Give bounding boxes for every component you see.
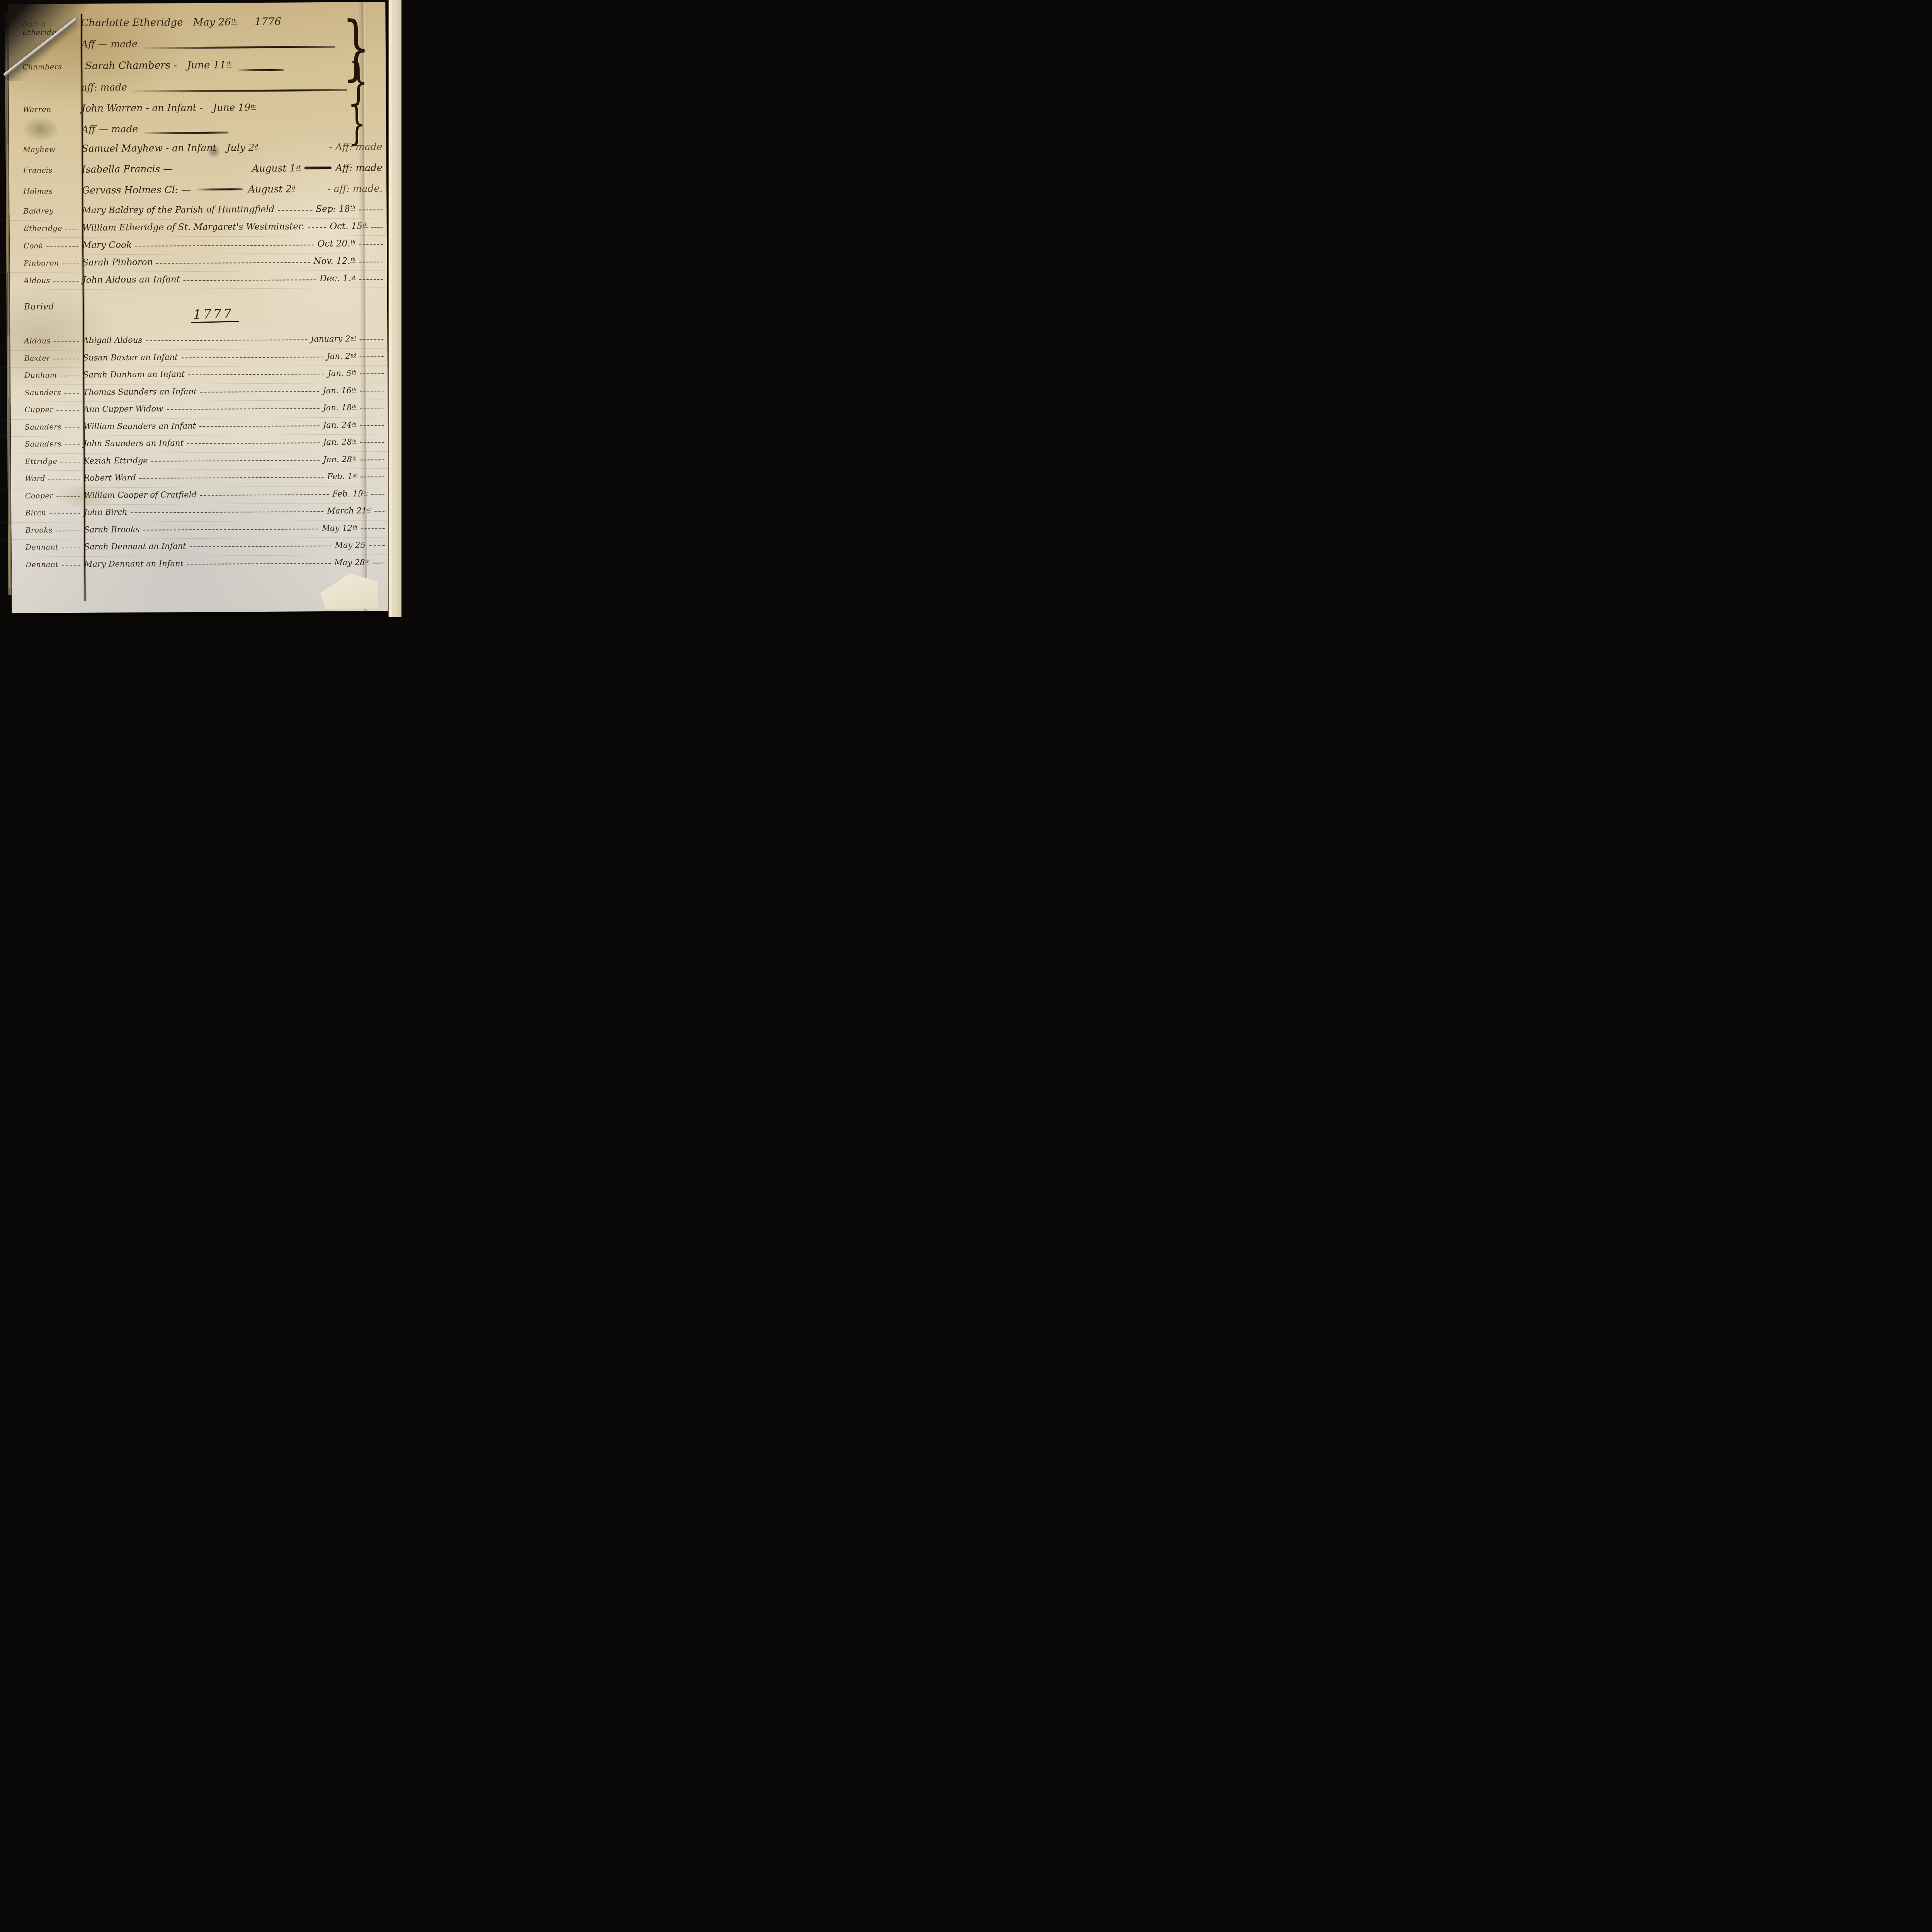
- entry-name: John Aldous an Infant: [82, 274, 180, 285]
- margin-surname: Aldous: [24, 337, 51, 345]
- entry-cell: Sarah Dunham an Infant Jan. 5th: [83, 368, 388, 379]
- entry-cell: William Etheridge of St. Margaret's West…: [82, 221, 387, 233]
- entry-name: William Etheridge of St. Margaret's West…: [82, 221, 304, 233]
- entry-name: Abigail Aldous: [83, 335, 142, 345]
- register-row: Saunders John Saunders an Infant Jan. 28…: [11, 437, 388, 456]
- entry-cell: Charlotte Etheridge May 26th 1776 Aff — …: [81, 15, 386, 58]
- entry-name: Mary Cook: [82, 240, 132, 250]
- register-row: Ward Robert Ward Feb. 1st: [11, 471, 388, 491]
- date-ordinal: th: [363, 490, 368, 495]
- affidavit-line: Aff — made: [82, 122, 382, 143]
- date-ordinal: th: [352, 387, 357, 392]
- dotted-leader: [167, 408, 320, 410]
- margin-surname: Brooks: [25, 526, 52, 534]
- heading-cell: 1777: [83, 300, 387, 323]
- affidavit-line: Aff — made: [81, 37, 382, 58]
- margin-surname: Warren: [23, 105, 51, 114]
- margin-surname: Pinboron: [24, 259, 59, 268]
- adjacent-page-edge: [388, 0, 401, 617]
- margin-leader: [65, 444, 80, 445]
- date-ordinal: d: [255, 144, 258, 150]
- date-ordinal: th: [363, 222, 368, 228]
- date-ordinal: st: [296, 164, 301, 170]
- margin-cell: Saunders: [11, 422, 83, 431]
- dotted-leader: [360, 339, 384, 340]
- margin-leader: [49, 513, 80, 514]
- dotted-leader: [201, 391, 320, 393]
- ink-dash: [143, 131, 228, 134]
- margin-cell: Saunders: [10, 388, 83, 397]
- photographed-register-book: Buri'd Etheridge Charlotte Etheridge May…: [0, 0, 401, 617]
- entry-name: Ann Cupper Widow: [83, 404, 163, 414]
- entry-name: Sarah Brooks: [84, 524, 139, 534]
- margin-surname: Cooper: [25, 492, 53, 500]
- entry-name: Sarah Chambers -: [85, 60, 177, 71]
- margin-cell: Etheridge: [10, 224, 82, 233]
- dotted-leader: [361, 528, 384, 529]
- dotted-leader: [360, 442, 384, 443]
- dotted-leader: [184, 279, 316, 281]
- entry-name: Samuel Mayhew - an Infant: [82, 142, 216, 154]
- entry-name: John Birch: [84, 507, 127, 517]
- entry-date: Jan. 5: [328, 369, 351, 378]
- entry-name: Sarah Dunham an Infant: [83, 369, 185, 379]
- margin-surname: Aldous: [24, 276, 51, 285]
- date-ordinal: st: [353, 473, 357, 478]
- margin-surname: Ettridge: [25, 457, 57, 466]
- entry-cell: Mary Baldrey of the Parish of Huntingfie…: [82, 204, 386, 216]
- entry-name: Sarah Pinboron: [82, 257, 153, 268]
- margin-leader: [56, 530, 80, 531]
- margin-cell: Dennant: [12, 543, 84, 552]
- entry-cell: Samuel Mayhew - an Infant July 2d - Aff:…: [82, 141, 386, 154]
- entry-cell: Sarah Chambers - June 11th aff: made }: [81, 58, 386, 101]
- margin-leader: [64, 393, 79, 393]
- affidavit-note: Aff — made: [82, 123, 138, 135]
- dotted-leader: [188, 374, 324, 375]
- dotted-leader: [360, 391, 384, 391]
- entry-line: Charlotte Etheridge May 26th 1776: [81, 15, 381, 39]
- entry-name: Charlotte Etheridge: [81, 17, 183, 29]
- dotted-leader: [151, 460, 320, 462]
- entry-name: Keziah Ettridge: [83, 456, 148, 465]
- entry-cell: William Cooper of Cratfield Feb. 19th: [84, 489, 388, 500]
- date-ordinal: th: [352, 456, 357, 461]
- margin-cell: Buried: [10, 302, 83, 312]
- margin-cell: Mayhew: [9, 145, 82, 154]
- register-row: Dunham Sarah Dunham an Infant Jan. 5th: [10, 368, 388, 388]
- entry-cell: Sarah Brooks May 12th: [84, 523, 388, 534]
- margin-leader: [48, 479, 80, 480]
- margin-surname: Birch: [25, 509, 46, 517]
- entry-name: Susan Baxter an Infant: [83, 352, 178, 362]
- date-ordinal: th: [352, 421, 357, 427]
- register-row: Brooks Sarah Brooks May 12th: [11, 523, 388, 543]
- margin-surname: Saunders: [25, 440, 61, 449]
- entry-cell: Sarah Dennant an Infant May 25: [84, 540, 389, 551]
- dotted-leader: [374, 511, 384, 512]
- dotted-leader: [135, 245, 314, 247]
- margin-cell: Cupper: [11, 405, 83, 414]
- register-page: Buri'd Etheridge Charlotte Etheridge May…: [8, 2, 389, 613]
- entry-date: May 28: [334, 558, 365, 567]
- register-row: Dennant Sarah Dennant an Infant May 25: [12, 540, 389, 560]
- dotted-leader: [308, 227, 327, 228]
- dotted-leader: [146, 339, 307, 341]
- entry-name: Mary Dennant an Infant: [84, 559, 184, 569]
- date-ordinal: th: [350, 205, 355, 211]
- entry-name: Gervass Holmes Cl: —: [82, 184, 191, 196]
- entry-line: John Warren - an Infant - June 19th: [82, 101, 382, 124]
- ink-dash: [133, 89, 347, 92]
- affidavit-note: - aff: made.: [327, 183, 383, 194]
- margin-surname: Saunders: [24, 388, 61, 397]
- margin-surname: Holmes: [23, 187, 53, 196]
- margin-leader: [65, 427, 80, 428]
- entry-cell: Thomas Saunders an Infant Jan. 16th: [83, 386, 388, 397]
- ink-dash: [237, 69, 284, 71]
- dotted-leader: [373, 563, 385, 563]
- dotted-leader: [187, 563, 331, 564]
- margin-surname: Francis: [23, 166, 53, 175]
- margin-cell: Aldous: [10, 276, 83, 285]
- section-heading: Buried 1777: [10, 300, 388, 336]
- register-row: Holmes Gervass Holmes Cl: — August 2d - …: [9, 183, 386, 206]
- affidavit-note: Aff: made: [335, 162, 383, 173]
- entry-date: Nov. 12.: [313, 256, 350, 267]
- dotted-leader: [359, 279, 383, 280]
- margin-leader: [56, 496, 80, 497]
- buried-label: Buried: [24, 302, 54, 311]
- dotted-leader: [278, 210, 312, 211]
- entry-date: June 11: [187, 60, 226, 71]
- dotted-leader: [181, 357, 323, 358]
- margin-leader: [60, 376, 79, 376]
- entry-name: William Cooper of Cratfield: [84, 490, 197, 500]
- margin-cell: Cook: [10, 241, 82, 250]
- margin-cell: Warren: [9, 105, 82, 114]
- affidavit-note: aff: made: [81, 82, 127, 93]
- affidavit-line: aff: made: [81, 80, 382, 101]
- entry-date: Dec. 1.: [320, 274, 351, 284]
- margin-surname: Cook: [24, 241, 43, 250]
- entry-cell: John Aldous an Infant Dec. 1.st: [82, 273, 387, 285]
- register-row: Saunders Thomas Saunders an Infant Jan. …: [10, 386, 388, 405]
- date-ordinal: th: [251, 104, 256, 110]
- entry-date: June 19: [213, 102, 250, 113]
- dotted-leader: [139, 477, 324, 479]
- entry-name: Thomas Saunders an Infant: [83, 387, 197, 397]
- margin-surname: Mayhew: [23, 145, 55, 154]
- margin-leader: [46, 246, 78, 247]
- margin-cell: Pinboron: [10, 259, 82, 268]
- register-row: Aldous Abigail Aldous January 2nd: [10, 334, 387, 353]
- date-ordinal: th: [353, 524, 357, 530]
- margin-surname: Dennant: [26, 543, 59, 552]
- entry-date: Jan. 28: [323, 437, 352, 447]
- margin-surname: Dennant: [26, 560, 59, 569]
- entry-date: Jan. 16: [323, 386, 352, 395]
- register-row: Pinboron Sarah Pinboron Nov. 12.th: [10, 256, 387, 276]
- margin-leader: [53, 358, 79, 359]
- dotted-leader: [143, 529, 318, 531]
- dotted-leader: [131, 511, 324, 513]
- dotted-leader: [369, 545, 385, 546]
- register-row: Baxter Susan Baxter an Infant Jan. 2nd: [10, 351, 388, 371]
- entry-name: Sarah Dennant an Infant: [84, 541, 186, 551]
- entry-name: Mary Baldrey of the Parish of Huntingfie…: [82, 204, 274, 216]
- margin-surname: Cupper: [25, 405, 54, 414]
- register-row: Cooper William Cooper of Cratfield Feb. …: [11, 489, 388, 508]
- margin-cell: Francis: [9, 166, 82, 175]
- entry-date: Oct. 15: [330, 221, 362, 231]
- register-content: Buri'd Etheridge Charlotte Etheridge May…: [8, 2, 389, 613]
- dotted-leader: [156, 262, 310, 264]
- margin-cell: Dunham: [10, 371, 83, 380]
- entry-cell: John Birch March 21st: [84, 506, 388, 517]
- margin-surname: Ward: [25, 474, 46, 483]
- entry-date: Jan. 28: [323, 454, 352, 464]
- date-ordinal: d: [292, 185, 295, 191]
- entry-cell: Sarah Pinboron Nov. 12.th: [82, 256, 387, 268]
- dotted-leader: [360, 425, 384, 426]
- entry-date: Jan. 24: [323, 420, 352, 429]
- dotted-leader: [360, 459, 384, 460]
- register-row: Francis Isabella Francis — August 1st Af…: [9, 162, 386, 185]
- entry-name: Isabella Francis —: [82, 163, 173, 175]
- dotted-leader: [360, 408, 384, 408]
- year-heading: 1777: [191, 306, 239, 323]
- dotted-leader: [359, 209, 383, 210]
- margin-surname: Saunders: [25, 423, 61, 432]
- register-row: Aldous John Aldous an Infant Dec. 1.st: [10, 273, 387, 293]
- dotted-leader: [359, 262, 383, 262]
- margin-leader: [62, 565, 80, 565]
- date-ordinal: th: [352, 370, 357, 375]
- date-ordinal: nd: [350, 335, 356, 341]
- margin-surname: Baxter: [24, 354, 50, 362]
- dotted-leader: [361, 476, 384, 477]
- entry-date: Oct 20.: [318, 239, 350, 249]
- entry-cell: John Warren - an Infant - June 19th Aff …: [82, 101, 386, 143]
- entry-date: Feb. 19: [332, 489, 363, 498]
- margin-cell: Saunders: [11, 440, 83, 449]
- margin-leader: [53, 281, 79, 282]
- date-ordinal: th: [366, 559, 370, 564]
- register-row: Warren John Warren - an Infant - June 19…: [9, 101, 386, 143]
- margin-leader: [60, 461, 80, 462]
- date-ordinal: th: [352, 439, 357, 444]
- entry-name: William Saunders an Infant: [83, 421, 196, 431]
- margin-cell: Cooper: [11, 491, 84, 500]
- register-row: Etheridge William Etheridge of St. Marga…: [10, 221, 387, 241]
- margin-cell: Baldrey: [9, 207, 82, 216]
- date-ordinal: st: [367, 507, 371, 512]
- date-ordinal: th: [350, 240, 355, 245]
- entry-line: Sarah Chambers - June 11th: [81, 58, 382, 82]
- margin-leader: [62, 264, 79, 264]
- entry-date: Jan. 18: [323, 403, 352, 412]
- register-row: Birch John Birch March 21st: [11, 506, 388, 525]
- dotted-leader: [187, 442, 320, 444]
- register-row: Ettridge Keziah Ettridge Jan. 28th: [11, 454, 388, 474]
- register-row: Baldrey Mary Baldrey of the Parish of Hu…: [9, 204, 386, 223]
- register-row: Mayhew Samuel Mayhew - an Infant July 2d…: [9, 141, 386, 164]
- register-row: Cupper Ann Cupper Widow Jan. 18th: [11, 403, 388, 422]
- margin-leader: [56, 410, 80, 411]
- margin-cell: Baxter: [10, 354, 83, 362]
- entry-cell: Isabella Francis — August 1st Aff: made: [82, 162, 386, 175]
- margin-leader: [61, 548, 80, 548]
- dotted-leader: [371, 227, 383, 228]
- date-ordinal: th: [231, 18, 237, 24]
- dotted-leader: [360, 356, 384, 357]
- entry-date: August 1: [252, 162, 296, 174]
- margin-cell: Brooks: [11, 526, 84, 534]
- entry-cell: Keziah Ettridge Jan. 28th: [83, 454, 388, 466]
- dotted-leader: [200, 494, 329, 495]
- entry-date: Jan. 2: [327, 351, 350, 361]
- entry-date: May 26: [193, 16, 231, 28]
- margin-cell: Holmes: [9, 187, 82, 196]
- register-row: Saunders William Saunders an Infant Jan.…: [11, 420, 388, 439]
- entry-date: January 2: [311, 334, 350, 344]
- entry-date: May 12: [322, 523, 352, 532]
- affidavit-note: Aff — made: [81, 38, 138, 50]
- register-row: Cook Mary Cook Oct 20.th: [10, 238, 387, 258]
- dotted-leader: [359, 244, 383, 245]
- margin-cell: Birch: [11, 509, 84, 517]
- date-ordinal: st: [352, 274, 356, 280]
- entry-date: March 21: [327, 506, 367, 515]
- margin-cell: Aldous: [10, 337, 83, 345]
- dotted-leader: [190, 546, 332, 547]
- entry-cell: Gervass Holmes Cl: — August 2d - aff: ma…: [82, 183, 386, 196]
- ink-dash: [143, 46, 335, 49]
- ink-dash: [196, 188, 243, 190]
- entry-cell: Robert Ward Feb. 1st: [84, 471, 388, 483]
- entry-date: Sep: 18: [316, 204, 350, 214]
- entry-cell: John Saunders an Infant Jan. 28th: [83, 437, 388, 448]
- margin-surname: Dunham: [24, 371, 57, 380]
- entry-cell: Mary Dennant an Infant May 28th: [84, 558, 389, 569]
- date-ordinal: th: [351, 257, 356, 263]
- entry-name: John Warren - an Infant -: [82, 102, 203, 114]
- margin-surname: Baldrey: [23, 207, 53, 215]
- margin-leader: [54, 341, 79, 342]
- entry-cell: Abigail Aldous January 2nd: [83, 334, 387, 345]
- margin-cell: Dennant: [12, 560, 84, 569]
- dotted-leader: [371, 494, 384, 495]
- entry-date: July 2: [226, 142, 254, 153]
- entry-cell: Ann Cupper Widow Jan. 18th: [83, 403, 388, 414]
- ink-smear: [304, 167, 332, 169]
- entry-cell: Mary Cook Oct 20.th: [82, 238, 387, 250]
- dotted-leader: [199, 425, 320, 427]
- entry-date: May 25: [335, 540, 365, 549]
- date-ordinal: th: [226, 61, 232, 67]
- date-ordinal: nd: [351, 352, 356, 358]
- brace-icon: }: [348, 100, 366, 146]
- margin-cell: Ward: [11, 474, 84, 483]
- entry-date: Feb. 1: [327, 472, 353, 481]
- register-row: Dennant Mary Dennant an Infant May 28th: [12, 558, 389, 577]
- margin-surname: Etheridge: [24, 224, 62, 233]
- date-ordinal: th: [352, 404, 357, 410]
- entry-year: 1776: [255, 16, 281, 28]
- margin-cell: Ettridge: [11, 457, 83, 466]
- entry-cell: William Saunders an Infant Jan. 24th: [83, 420, 388, 431]
- dotted-leader: [360, 373, 384, 374]
- margin-leader: [65, 229, 78, 230]
- entry-cell: Susan Baxter an Infant Jan. 2nd: [83, 351, 388, 362]
- entry-date: August 2: [248, 184, 292, 195]
- entry-name: Robert Ward: [84, 473, 136, 483]
- entry-name: John Saunders an Infant: [83, 438, 184, 448]
